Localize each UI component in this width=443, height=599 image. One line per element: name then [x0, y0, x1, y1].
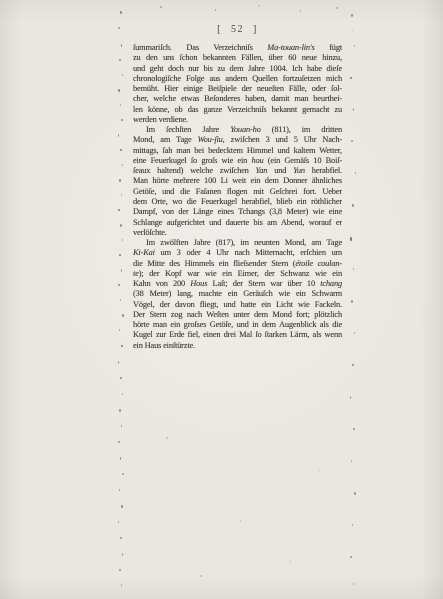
- scan-speck: [353, 108, 354, 111]
- scan-speck: [355, 172, 356, 174]
- text-line: Mond, am Tage Wou-ſiu, zwiſchen 3 und 5 …: [133, 135, 342, 145]
- scan-speck: [121, 44, 122, 47]
- text-line: Dampf, von der Länge eines Tchangs (3,8 …: [133, 207, 342, 217]
- scan-speck: [119, 409, 121, 412]
- scan-speck: [120, 224, 122, 227]
- text-line: Kahn von 200 Hous Laſt; der Stern war üb…: [133, 279, 342, 289]
- scan-speck: [351, 140, 353, 142]
- italic-term: Ma-touan-lin's: [267, 43, 314, 52]
- scan-speck: [118, 361, 119, 364]
- text-line: verlöſchte.: [133, 228, 342, 238]
- text-line: len könne, ob das ganze Verzeichniſs bek…: [133, 105, 342, 115]
- text-line: te); der Kopf war wie ein Eimer, der Sch…: [133, 269, 342, 279]
- scan-speck: [120, 537, 122, 539]
- scan-speck: [118, 89, 120, 92]
- scan-speck: [119, 329, 120, 331]
- text-line: bemüht. Hier einige Beiſpiele der neueſt…: [133, 84, 342, 94]
- scan-speck: [351, 300, 353, 303]
- scan-speck: [350, 77, 352, 79]
- scan-speck: [120, 457, 121, 460]
- scan-speck: [119, 489, 120, 491]
- scan-speck: [290, 560, 291, 562]
- scan-speck: [353, 428, 355, 430]
- scan-speck: [122, 164, 123, 166]
- scan-speck: [120, 377, 122, 379]
- text-line: (38 Meter) lang, machte ein Geräuſch wie…: [133, 289, 342, 299]
- text-line: ſeaux haltend) welche zwiſchen Yan und Y…: [133, 166, 342, 176]
- text-line: Man hörte mehrere 100 Li weit ein dem Do…: [133, 176, 342, 186]
- text-line: werden verdiene.: [133, 115, 342, 125]
- italic-term: Yan: [256, 166, 268, 175]
- scan-speck: [118, 521, 119, 523]
- scan-speck: [122, 74, 123, 76]
- scanned-book-page: [ 52 ] ſummariſch. Das Verzeichniſs Ma-t…: [0, 0, 443, 599]
- scan-speck: [351, 460, 352, 462]
- italic-term: Ki-Kai: [133, 248, 155, 257]
- text-line: Im ſechſten Jahre Youan-ho (811), im dri…: [133, 125, 342, 135]
- italic-term: hou: [251, 156, 263, 165]
- scan-speck: [119, 59, 121, 61]
- scan-speck: [353, 583, 354, 585]
- scan-speck: [352, 204, 354, 207]
- scan-speck: [118, 284, 120, 286]
- text-line: eine Feuerkugel ſo groſs wie ein hou (ei…: [133, 156, 342, 166]
- scan-speck: [351, 14, 353, 17]
- text-line: Vögel, der davon fliegt, und hatte ein L…: [133, 300, 342, 310]
- scan-speck: [119, 179, 121, 182]
- scan-speck: [119, 254, 121, 256]
- text-line: Ki-Kai um 3 oder 4 Uhr nach Mitternacht,…: [133, 248, 342, 258]
- text-line: Im zwölften Jahre (817), im neunten Mond…: [133, 238, 342, 248]
- scan-speck: [318, 470, 320, 471]
- text-line: die Mitte des Himmels ein flieſsender St…: [133, 259, 342, 269]
- italic-term: Hous: [190, 279, 207, 288]
- text-line: Schlange aufgerichtet und dauerte bis am…: [133, 218, 342, 228]
- scan-speck: [150, 500, 151, 501]
- scan-speck: [350, 237, 352, 241]
- text-line: mittags, ſah man bei bedecktem Himmel un…: [133, 146, 342, 156]
- scan-speck: [352, 524, 353, 526]
- scan-speck: [120, 299, 121, 301]
- text-line: zu den uns ſchon bekannten Fällen, über …: [133, 53, 342, 63]
- italic-term: Wou-ſiu: [198, 135, 223, 144]
- scan-speck: [354, 332, 355, 334]
- scan-speck: [240, 520, 241, 522]
- text-line: Getöſe, und die Faſanen flogen mit Geſch…: [133, 187, 342, 197]
- scan-speck: [353, 268, 354, 270]
- page-number: [ 52 ]: [133, 24, 342, 35]
- scan-speck: [215, 9, 216, 11]
- scan-speck: [121, 505, 123, 508]
- scan-speck: [119, 569, 121, 571]
- scan-speck: [120, 11, 122, 14]
- scan-speck: [120, 149, 122, 151]
- scan-speck: [121, 345, 123, 347]
- scan-speck: [121, 584, 122, 586]
- italic-term: Yun: [293, 166, 305, 175]
- scan-speck: [122, 239, 123, 241]
- scan-speck: [121, 425, 122, 427]
- italic-term: te: [133, 269, 139, 278]
- italic-term: étoile coulan-: [295, 259, 342, 268]
- scan-speck: [118, 209, 120, 211]
- scan-speck: [336, 7, 338, 9]
- text-line: Kugel zur Erde fiel, einen drei Mal ſo ſ…: [133, 330, 342, 340]
- scan-speck: [121, 119, 123, 121]
- text-line: ein Haus einſtürzte.: [133, 341, 342, 351]
- scan-speck: [354, 492, 356, 495]
- text-line: dem Orte, wo die Feuerkugel herabfiel, b…: [133, 197, 342, 207]
- scan-speck: [300, 10, 301, 12]
- scan-speck: [166, 437, 168, 439]
- scan-speck: [118, 27, 120, 29]
- scan-speck: [352, 30, 353, 31]
- scan-speck: [258, 5, 260, 6]
- scan-speck: [350, 396, 351, 399]
- scan-speck: [122, 553, 123, 556]
- scan-speck: [160, 6, 162, 8]
- text-line: ſummariſch. Das Verzeichniſs Ma-touan-li…: [133, 43, 342, 53]
- italic-term: tchang: [320, 279, 342, 288]
- scan-speck: [122, 393, 123, 395]
- scan-speck: [118, 134, 119, 137]
- scan-speck: [350, 556, 352, 558]
- italic-term: Youan-ho: [230, 125, 260, 134]
- scan-speck: [118, 441, 120, 443]
- text-line: chronologiſche Folge aus andern Quellen …: [133, 74, 342, 84]
- scan-speck: [121, 269, 122, 272]
- scan-speck: [354, 45, 355, 47]
- scan-speck: [121, 194, 122, 196]
- body-text-block: ſummariſch. Das Verzeichniſs Ma-touan-li…: [133, 43, 342, 351]
- scan-speck: [352, 364, 354, 366]
- scan-speck: [122, 473, 124, 475]
- scan-speck: [122, 314, 124, 317]
- scan-speck: [200, 575, 202, 577]
- text-line: Der Stern zog nach Weſten unter dem Mond…: [133, 310, 342, 320]
- text-line: cher, welche etwas Beſonderes haben, dam…: [133, 94, 342, 104]
- text-line: hörte man ein groſses Getöſe, und in dem…: [133, 320, 342, 330]
- scan-speck: [120, 104, 121, 106]
- text-line: und geht doch nur bis zu dem Jahre 1004.…: [133, 64, 342, 74]
